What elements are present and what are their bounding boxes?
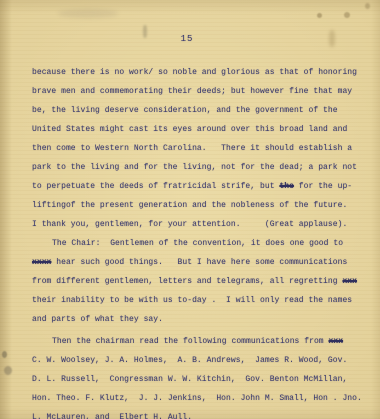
text-line: park to the living and for the living, n… <box>32 158 368 177</box>
text-line: and parts of what they say. <box>32 310 368 329</box>
text-line: L. McLauren, and Elbert H. Aull. <box>32 408 368 419</box>
text-line: liftingof the present generation and the… <box>32 196 368 215</box>
text-segment: their inability to be with us to-day . I… <box>32 296 352 305</box>
text-segment: from different gentlemen, letters and te… <box>32 277 342 286</box>
text-segment: brave men and commemorating their deeds;… <box>32 87 352 96</box>
text-block: because there is no work/ so noble and g… <box>32 63 368 419</box>
scan-speck <box>344 12 350 18</box>
scan-speck <box>2 351 7 358</box>
text-segment: I thank you, gentlemen, for your attenti… <box>32 220 347 229</box>
text-line: their inability to be with us to-day . I… <box>32 291 368 310</box>
text-line: xxxx hear such good things. But I have h… <box>32 253 368 272</box>
text-segment: liftingof the present generation and the… <box>32 201 347 210</box>
text-line: be, the living deserve consideration, an… <box>32 101 368 120</box>
text-line: to perpetuate the deeds of fratricidal s… <box>32 177 368 196</box>
paragraph: Then the chairman read the following com… <box>32 332 368 419</box>
text-line: Then the chairman read the following com… <box>32 332 368 351</box>
text-segment: D. L. Russell, Congressman W. W. Kitchin… <box>32 375 347 384</box>
scan-speck <box>317 13 322 18</box>
text-line: C. W. Woolsey, J. A. Holmes, A. B. Andre… <box>32 351 368 370</box>
text-segment: United States might cast its eyes around… <box>32 125 347 134</box>
text-segment: because there is no work/ so noble and g… <box>32 68 357 77</box>
paragraph: The Chair: Gentlemen of the convention, … <box>32 234 368 329</box>
text-segment: Then the chairman read the following com… <box>52 337 329 346</box>
text-segment: to perpetuate the deeds of fratricidal s… <box>32 182 279 191</box>
scan-speck <box>4 366 12 375</box>
text-line: I thank you, gentlemen, for your attenti… <box>32 215 368 234</box>
text-line: United States might cast its eyes around… <box>32 120 368 139</box>
text-segment: be, the living deserve consideration, an… <box>32 106 338 115</box>
text-segment: then come to Western North Carolina. The… <box>32 144 352 153</box>
scan-smudge <box>58 9 118 18</box>
struck-out-text: the <box>279 182 294 191</box>
text-line: then come to Western North Carolina. The… <box>32 139 368 158</box>
struck-out-text: xxx <box>342 277 357 286</box>
scan-speck <box>365 3 370 9</box>
text-segment: Hon. Theo. F. Klutz, J. J. Jenkins, Hon.… <box>32 394 362 403</box>
text-segment: hear such good things. But I have here s… <box>51 258 347 267</box>
document-page: 15 because there is no work/ so noble an… <box>0 0 380 419</box>
struck-out-text: xxx <box>329 337 344 346</box>
text-line: The Chair: Gentlemen of the convention, … <box>32 234 368 253</box>
text-segment: L. McLauren, and Elbert H. Aull. <box>32 413 192 419</box>
paragraph: because there is no work/ so noble and g… <box>32 63 368 234</box>
struck-out-text: xxxx <box>32 258 51 267</box>
text-segment: for the up- <box>294 182 352 191</box>
text-segment: C. W. Woolsey, J. A. Holmes, A. B. Andre… <box>32 356 347 365</box>
text-line: D. L. Russell, Congressman W. W. Kitchin… <box>32 370 368 389</box>
text-line: Hon. Theo. F. Klutz, J. J. Jenkins, Hon.… <box>32 389 368 408</box>
text-line: brave men and commemorating their deeds;… <box>32 82 368 101</box>
text-segment: and parts of what they say. <box>32 315 163 324</box>
text-segment: park to the living and for the living, n… <box>32 163 357 172</box>
text-line: from different gentlemen, letters and te… <box>32 272 368 291</box>
text-segment: The Chair: Gentlemen of the convention, … <box>52 239 343 248</box>
text-line: because there is no work/ so noble and g… <box>32 63 368 82</box>
page-number: 15 <box>0 34 374 44</box>
